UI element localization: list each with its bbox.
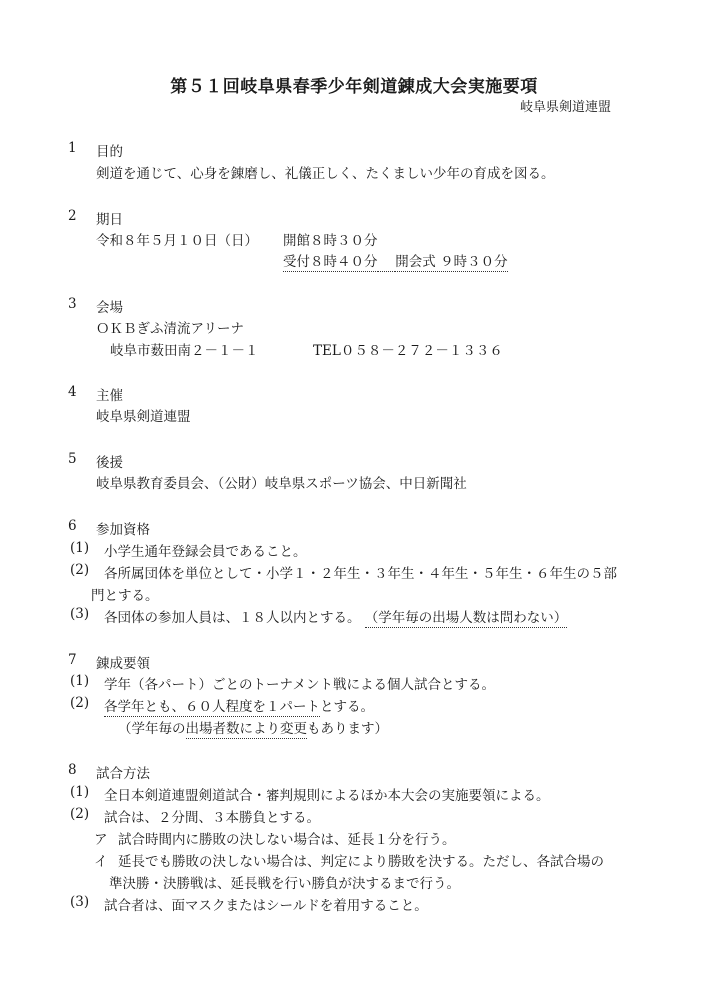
section-8-item-a-text: 試合時間内に勝敗の決しない場合は、延長１分を行う。 bbox=[118, 828, 456, 848]
section-2-number: 2 bbox=[68, 208, 77, 224]
section-4-heading: 主催 bbox=[96, 384, 123, 404]
section-7-heading: 錬成要領 bbox=[96, 652, 150, 672]
section-4-body: 岐阜県剣道連盟 bbox=[96, 405, 191, 425]
section-1-number: 1 bbox=[68, 140, 77, 156]
section-6-item-1-text: 小学生通年登録会員であること。 bbox=[104, 540, 307, 560]
section-8-item-3-text: 試合者は、面マスクまたはシールドを着用すること。 bbox=[104, 894, 428, 914]
section-7-item-1-label: (1) bbox=[70, 673, 89, 689]
section-6-item-3-text: 各団体の参加人員は、１８人以内とする。 bbox=[104, 610, 361, 626]
section-5-body: 岐阜県教育委員会、（公財）岐阜県スポーツ協会、中日新聞社 bbox=[96, 472, 467, 492]
section-8-item-2-label: (2) bbox=[70, 806, 89, 822]
reception-time: 受付８時４０分 bbox=[283, 254, 378, 272]
section-3-number: 3 bbox=[68, 296, 77, 312]
note-underlined: 出場者数により変更 bbox=[186, 721, 308, 739]
section-5-heading: 後援 bbox=[96, 451, 123, 471]
section-6-heading: 参加資格 bbox=[96, 518, 150, 538]
section-7-item-2-label: (2) bbox=[70, 695, 89, 711]
section-6-item-3-note: （学年毎の出場人数は問わない） bbox=[365, 610, 568, 628]
section-6-number: 6 bbox=[68, 518, 77, 534]
section-8-item-1-text: 全日本剣道連盟剣道試合・審判規則によるほか本大会の実施要領による。 bbox=[104, 784, 550, 804]
section-6-item-1-label: (1) bbox=[70, 540, 89, 556]
section-6-item-2-cont: 門とする。 bbox=[91, 584, 159, 604]
section-6-item-3: 各団体の参加人員は、１８人以内とする。 （学年毎の出場人数は問わない） bbox=[104, 606, 567, 626]
section-4-number: 4 bbox=[68, 384, 77, 400]
reception-ceremony-time: 受付８時４０分 開会式 ９時３０分 bbox=[283, 250, 508, 270]
section-5-number: 5 bbox=[68, 451, 77, 467]
section-7-item-2: 各学年とも、６０人程度を１パートとする。 bbox=[104, 695, 374, 715]
section-8-item-2-text: 試合は、２分間、３本勝負とする。 bbox=[104, 806, 320, 826]
section-6-item-2-text: 各所属団体を単位として・小学１・２年生・３年生・４年生・５年生・６年生の５部 bbox=[104, 562, 617, 582]
section-8-item-3-label: (3) bbox=[70, 894, 89, 910]
section-7-number: 7 bbox=[68, 652, 77, 668]
ceremony-time: 開会式 ９時３０分 bbox=[395, 254, 507, 272]
section-7-item-2-rest: とする。 bbox=[320, 699, 374, 715]
section-8-item-i-label: イ bbox=[94, 850, 108, 870]
note-pre: （学年毎の bbox=[118, 721, 186, 737]
section-3-heading: 会場 bbox=[96, 296, 123, 316]
section-6-item-3-label: (3) bbox=[70, 606, 89, 622]
event-date: 令和８年５月１０日（日） bbox=[96, 229, 258, 249]
section-8-item-a-label: ア bbox=[94, 828, 108, 848]
section-8-heading: 試合方法 bbox=[96, 762, 150, 782]
venue-tel: TEL０５８－２７２－１３３６ bbox=[313, 339, 503, 359]
section-7-item-1-text: 学年（各パート）ごとのトーナメント戦による個人試合とする。 bbox=[104, 673, 495, 693]
section-8-item-1-label: (1) bbox=[70, 784, 89, 800]
section-7-item-2-underlined: 各学年とも、６０人程度を１パート bbox=[104, 699, 320, 717]
opening-time: 開館８時３０分 bbox=[283, 229, 378, 249]
note-post: もあります） bbox=[307, 721, 388, 737]
venue-name: ＯＫＢぎふ清流アリーナ bbox=[96, 317, 244, 337]
section-6-item-2-label: (2) bbox=[70, 562, 89, 578]
section-2-heading: 期日 bbox=[96, 208, 123, 228]
venue-address: 岐阜市薮田南２－１－１ bbox=[110, 339, 259, 359]
section-7-item-2-note: （学年毎の出場者数により変更もあります） bbox=[118, 717, 388, 737]
section-8-item-i-text: 延長でも勝敗の決しない場合は、判定により勝敗を決する。ただし、各試合場の bbox=[118, 850, 604, 870]
section-8-item-i-cont: 準決勝・決勝戦は、延長戦を行い勝負が決するまで行う。 bbox=[109, 872, 460, 892]
organizer-header: 岐阜県剣道連盟 bbox=[520, 96, 611, 115]
section-1-heading: 目的 bbox=[96, 140, 123, 160]
document-title: 第５１回岐阜県春季少年剣道錬成大会実施要項 bbox=[0, 72, 708, 97]
section-8-number: 8 bbox=[68, 762, 77, 778]
section-1-body: 剣道を通じて、心身を錬磨し、礼儀正しく、たくましい少年の育成を図る。 bbox=[96, 162, 554, 182]
